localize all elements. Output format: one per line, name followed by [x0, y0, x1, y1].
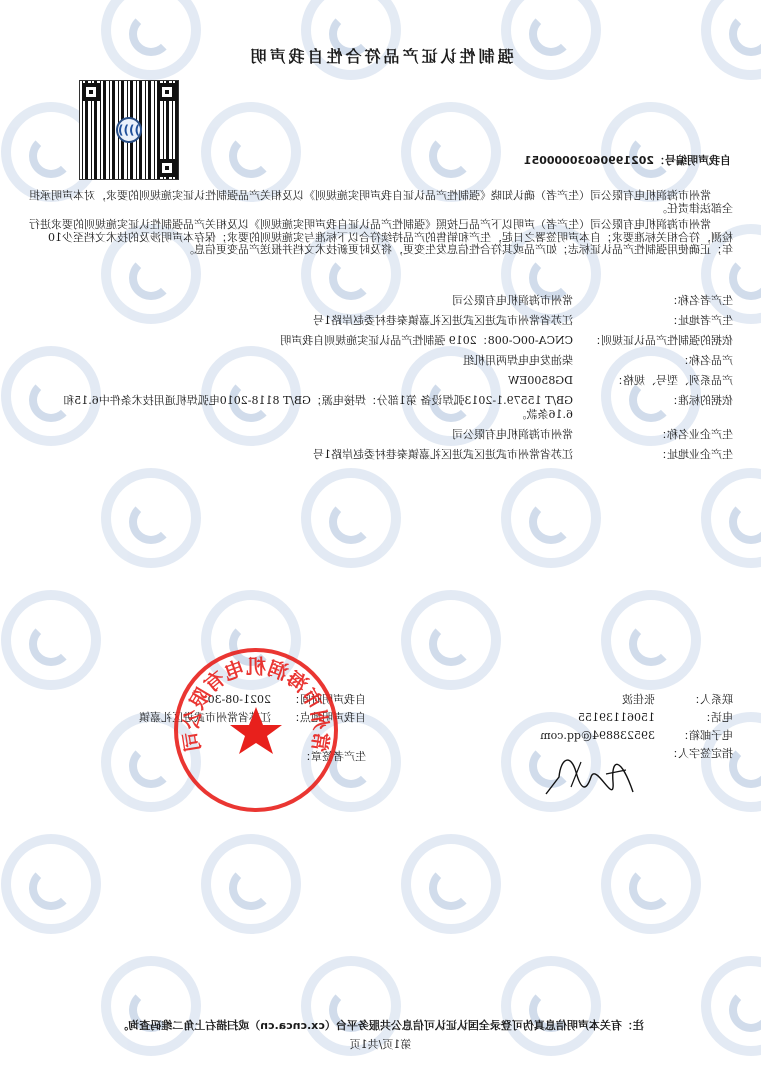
- qr-finder-icon: [158, 159, 176, 177]
- contact-row: 电子邮箱：395238894@qq.com: [518, 729, 733, 743]
- qr-finder-icon: [82, 83, 100, 101]
- watermark-logo-icon: [1, 834, 101, 934]
- info-label: 生产者名称：: [573, 294, 733, 308]
- cnca-logo-icon: )))): [116, 117, 142, 143]
- watermark-logo-icon: [101, 468, 201, 568]
- watermark-logo-icon: [101, 0, 201, 80]
- contact-email[interactable]: 395238894@qq.com: [518, 729, 655, 743]
- watermark-logo-icon: [301, 468, 401, 568]
- declaration-number: 自我声明编号：20219906030000051: [524, 154, 731, 168]
- contact-row: 联系人：张佳波: [518, 693, 733, 707]
- info-value: 江苏省常州市武进区武进区礼嘉镇秦巷村委赵岸路1号: [53, 448, 573, 462]
- acknowledgement-paragraph: 常州市海润机电有限公司（生产者）确认知晓《强制性产品认证自我声明实施规则》以及相…: [28, 190, 733, 215]
- watermark-logo-icon: [601, 834, 701, 934]
- info-row: 依据的标准：GB/T 15579.1-2013弧焊设备 第1部分：焊接电源；GB…: [18, 394, 733, 422]
- page-number: 第1页/共1页: [0, 1038, 761, 1052]
- watermark-logo-icon: [201, 834, 301, 934]
- info-label: 生产企业名称：: [573, 428, 733, 442]
- info-label: 依据的强制性产品认证规则：: [573, 334, 733, 348]
- page-title: 强制性认证产品符合性自我声明: [0, 50, 761, 64]
- contact-phone: 15061139155: [518, 711, 655, 725]
- watermark-logo-icon: [401, 590, 501, 690]
- declaration-paragraph: 常州市海润机电有限公司（生产者）声明以下产品已按照《强制性产品认证自我声明实施规…: [28, 219, 733, 257]
- info-label: 产品系列、型号、规格：: [573, 374, 733, 388]
- info-value: CNCA-00C-008：2019 强制性产品认证实施规则自我声明: [53, 334, 573, 348]
- info-row: 生产者地址：江苏省常州市武进区武进区礼嘉镇秦巷村委赵岸路1号: [18, 314, 733, 328]
- watermark-logo-icon: [201, 102, 301, 202]
- watermark-logo-icon: [501, 468, 601, 568]
- info-row: 生产企业地址：江苏省常州市武进区武进区礼嘉镇秦巷村委赵岸路1号: [18, 448, 733, 462]
- contact-label: 联系人：: [655, 693, 733, 707]
- contact-label: 电子邮箱：: [655, 729, 733, 743]
- contact-person: 张佳波: [518, 693, 655, 707]
- watermark-logo-icon: [301, 0, 401, 80]
- signature-icon: [541, 752, 641, 797]
- info-row: 生产企业名称：常州市海润机电有限公司: [18, 428, 733, 442]
- info-value: DG8500EW: [53, 374, 573, 388]
- watermark-logo-icon: [501, 0, 601, 80]
- info-label: 产品名称：: [573, 354, 733, 368]
- watermark-logo-icon: [401, 102, 501, 202]
- watermark-logo-icon: [601, 102, 701, 202]
- qr-code[interactable]: )))): [79, 80, 179, 180]
- info-value: 常州市海润机电有限公司: [53, 294, 573, 308]
- info-row: 依据的强制性产品认证规则：CNCA-00C-008：2019 强制性产品认证实施…: [18, 334, 733, 348]
- info-row: 产品系列、型号、规格：DG8500EW: [18, 374, 733, 388]
- info-row: 生产者名称：常州市海润机电有限公司: [18, 294, 733, 308]
- declaration-page: 强制性认证产品符合性自我声明 )))) 自我声明编号：2021990603000…: [0, 0, 761, 1077]
- contact-row: 电话：15061139155: [518, 711, 733, 725]
- watermark-logo-icon: [1, 590, 101, 690]
- contact-label: 指定签字人：: [655, 747, 733, 761]
- info-value: 常州市海润机电有限公司: [53, 428, 573, 442]
- contact-label: 电话：: [655, 711, 733, 725]
- info-row: 产品名称：柴油发电电焊两用机组: [18, 354, 733, 368]
- watermark-logo-icon: [701, 0, 761, 80]
- watermark-logo-icon: [601, 590, 701, 690]
- footer-note: 注：有关本声明信息真伪可登录全国认证认可信息公共服务平台（cx.cnca.cn）…: [0, 1019, 761, 1033]
- info-value: 江苏省常州市武进区武进区礼嘉镇秦巷村委赵岸路1号: [53, 314, 573, 328]
- watermark-logo-icon: [401, 834, 501, 934]
- info-value: GB/T 15579.1-2013弧焊设备 第1部分：焊接电源；GB/T 811…: [53, 394, 573, 422]
- qr-finder-icon: [158, 83, 176, 101]
- declaration-number-label: 自我声明编号：: [654, 154, 731, 167]
- info-value: 柴油发电电焊两用机组: [53, 354, 573, 368]
- product-info-table: 生产者名称：常州市海润机电有限公司 生产者地址：江苏省常州市武进区武进区礼嘉镇秦…: [18, 294, 733, 468]
- info-label: 生产企业地址：: [573, 448, 733, 462]
- watermark-logo-icon: [701, 468, 761, 568]
- info-label: 生产者地址：: [573, 314, 733, 328]
- company-seal-icon: 常州市海润机电有限公司: [171, 645, 341, 815]
- info-label: 依据的标准：: [573, 394, 733, 422]
- declaration-number-value: 20219906030000051: [524, 154, 654, 167]
